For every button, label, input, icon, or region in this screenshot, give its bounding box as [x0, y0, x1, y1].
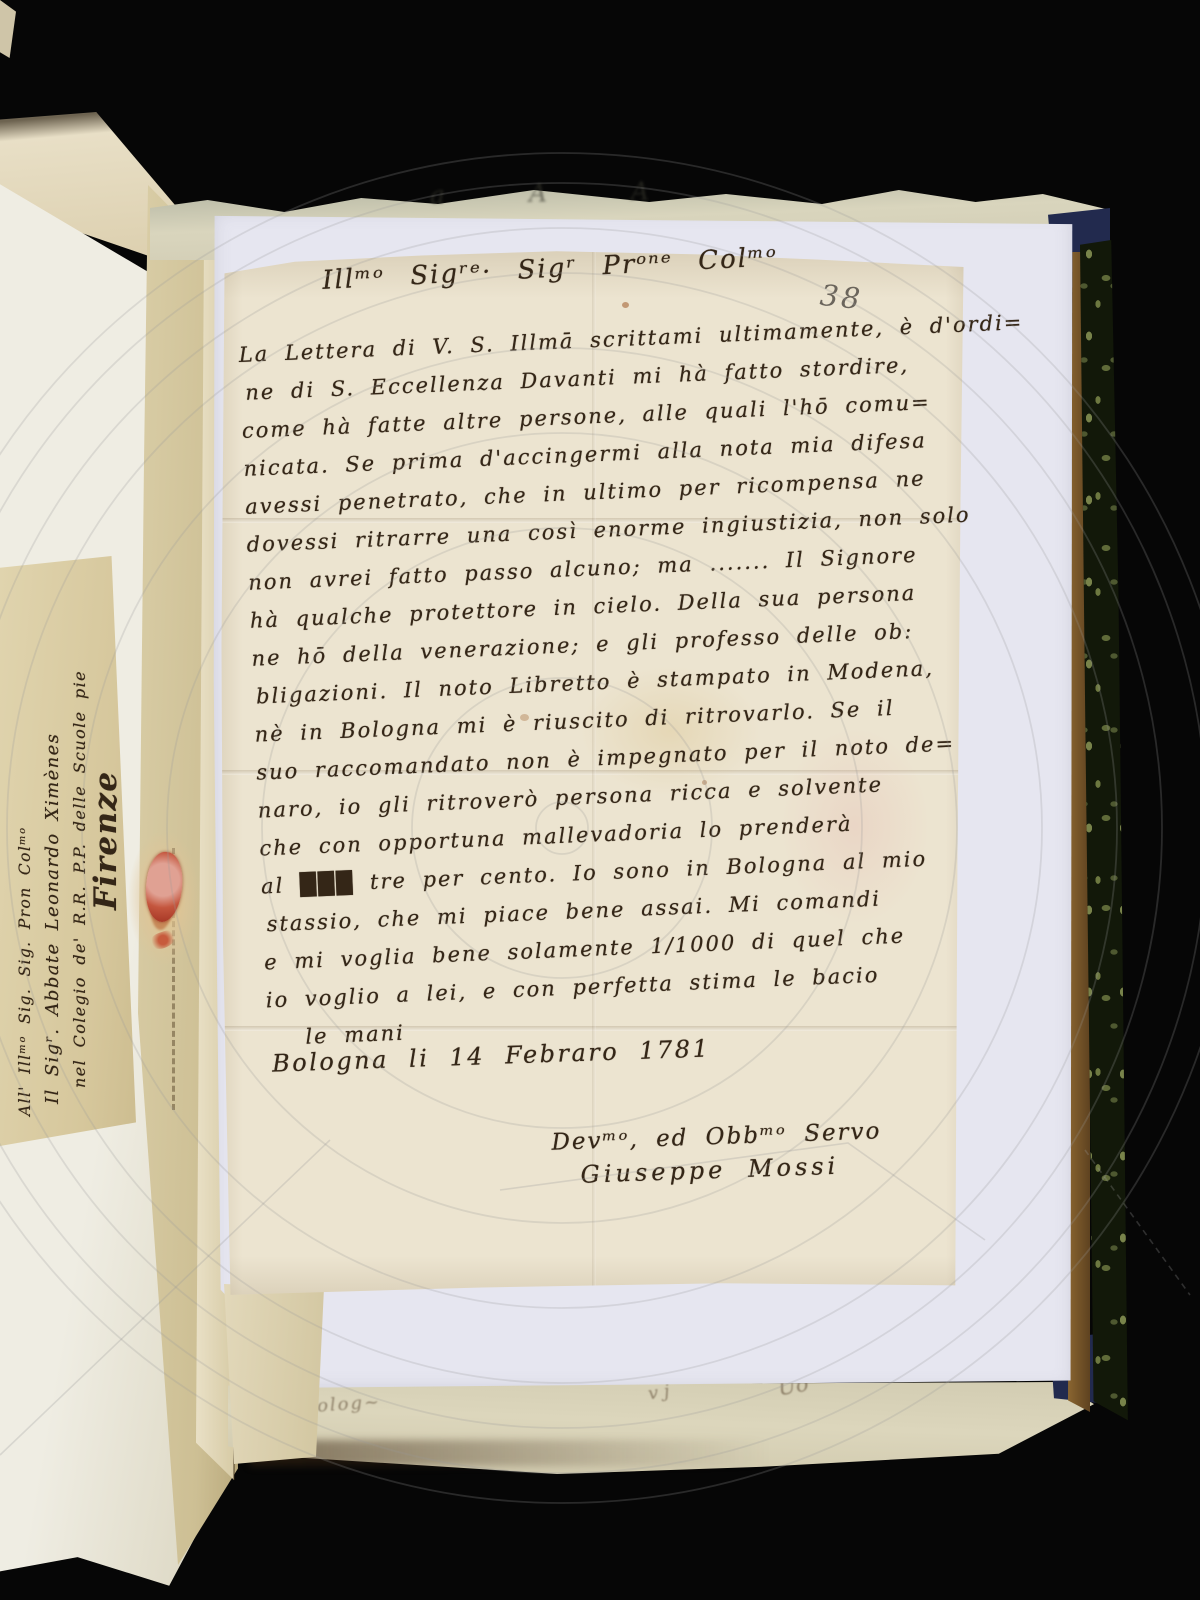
- address-line: All' Illᵐᵒ Sig. Sig. Pron Colᵐᵒ: [12, 588, 39, 1116]
- foxing-spot: [622, 302, 629, 308]
- signature-block: Devᵐᵒ, ed Obbᵐᵒ Servo Giuseppe Mossi: [551, 1118, 883, 1189]
- letter-body: La Lettera di V. S. Illmā scrittami ulti…: [238, 305, 1000, 1057]
- page-edge-lower: [224, 1284, 324, 1464]
- page-corner-sliver: [0, 0, 16, 58]
- manuscript-photo: All' Illᵐᵒ Sig. Sig. Pron Colᵐᵒ Il Sigʳ.…: [0, 0, 1200, 1600]
- address-line-city: Firenze: [93, 588, 120, 910]
- page-shadow: [250, 1440, 770, 1466]
- address-line: Il Sigʳ. Abbate Leonardo Ximènes: [39, 588, 66, 1104]
- address-panel: All' Illᵐᵒ Sig. Sig. Pron Colᵐᵒ Il Sigʳ.…: [12, 588, 120, 1118]
